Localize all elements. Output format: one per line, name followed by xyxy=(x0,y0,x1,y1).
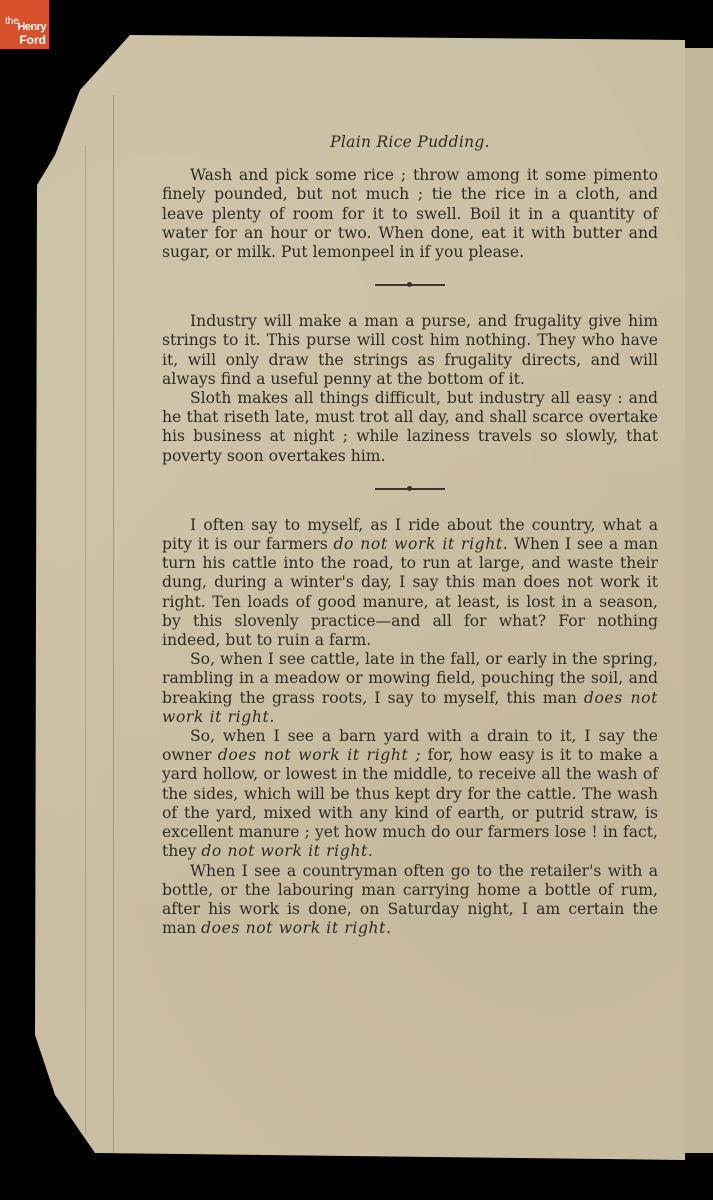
ornamental-divider xyxy=(375,284,445,286)
italic-phrase: do not work it right. xyxy=(201,842,373,860)
page-title: Plain Rice Pudding. xyxy=(162,133,658,152)
paragraph: So, when I see a barn yard with a drain … xyxy=(162,727,658,861)
paragraph: Wash and pick some rice ; throw among it… xyxy=(162,166,658,262)
paragraph: When I see a countryman often go to the … xyxy=(162,862,658,939)
logo-henry: Henry xyxy=(17,22,46,33)
logo-ford: Ford xyxy=(19,34,46,46)
paragraph: So, when I see cattle, late in the fall,… xyxy=(162,650,658,727)
ornamental-divider xyxy=(375,488,445,490)
adjacent-page-edge xyxy=(683,48,713,1153)
henry-ford-logo: the Henry Ford xyxy=(0,0,49,49)
section-industry: Industry will make a man a purse, and fr… xyxy=(162,312,658,466)
page-fold-line xyxy=(113,95,114,1155)
paragraph: I often say to myself, as I ride about t… xyxy=(162,516,658,650)
section-rice-pudding: Wash and pick some rice ; throw among it… xyxy=(162,166,658,262)
italic-phrase: does not work it right. xyxy=(201,919,392,937)
italic-phrase: do not work it right. xyxy=(333,535,508,553)
paragraph-text: Industry will make a man a purse, and fr… xyxy=(162,312,658,388)
paragraph: Sloth makes all things difficult, but in… xyxy=(162,389,658,466)
page-content: Plain Rice Pudding. Wash and pick some r… xyxy=(162,133,658,938)
italic-phrase: does not work it right ; xyxy=(218,746,421,764)
page-fold-line xyxy=(85,145,86,1135)
section-work-it-right: I often say to myself, as I ride about t… xyxy=(162,516,658,938)
paragraph-text: Wash and pick some rice ; throw among it… xyxy=(162,166,658,261)
paragraph-text: Sloth makes all things difficult, but in… xyxy=(162,389,658,465)
paragraph: Industry will make a man a purse, and fr… xyxy=(162,312,658,389)
